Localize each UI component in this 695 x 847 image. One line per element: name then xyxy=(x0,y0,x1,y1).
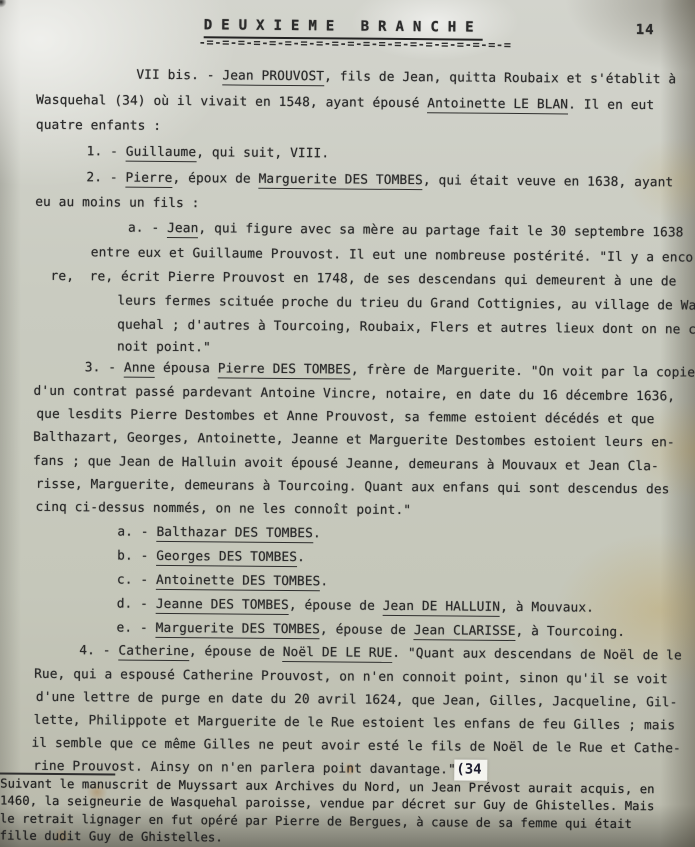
text-segment: , à Mouvaux. xyxy=(500,600,594,616)
text-line: Rue, qui a espousé Catherine Prouvost, o… xyxy=(34,667,668,688)
underlined-name: Noël DE LE RUE xyxy=(283,645,393,663)
underlined-name: Pierre xyxy=(125,171,172,188)
text-line: 4. - Catherine, épouse de Noël DE LE RUE… xyxy=(79,643,682,663)
text-line: a. - Jean, qui figure avec sa mère au pa… xyxy=(128,221,684,241)
text-segment: , époux de xyxy=(172,171,258,187)
footnote-block: Suivant le manuscrit de Muyssart aux Arc… xyxy=(0,0,695,6)
text-line: quehal ; d'autres à Tourcoing, Roubaix, … xyxy=(117,318,695,338)
underlined-name: Jean DE HALLUIN xyxy=(383,599,501,617)
footnote-separator-line xyxy=(0,772,115,775)
text-segment: Rue, qui a espousé Catherine Prouvost, o… xyxy=(34,667,668,688)
text-line: re, re, écrit Pierre Prouvost en 1748, d… xyxy=(51,269,677,289)
underlined-name: Jean PROUVOST xyxy=(222,68,324,86)
underlined-name: Jeanne DES TOMBES xyxy=(156,597,289,615)
text-segment: . xyxy=(313,526,321,541)
text-segment: leurs fermes scituée proche du trieu du … xyxy=(117,294,695,314)
page-number: 14 xyxy=(636,22,655,38)
text-segment: 2. - xyxy=(86,170,125,185)
text-segment: VII bis. - xyxy=(136,68,222,84)
text-line: noit point." xyxy=(117,340,211,356)
underlined-name: Marguerite DES TOMBES xyxy=(156,621,320,639)
text-line: d'une lettre de purge en date du 20 avri… xyxy=(36,690,678,711)
text-line: c. - Antoinette DES TOMBES. xyxy=(117,573,328,590)
text-line: VII bis. - Jean PROUVOST, fils de Jean, … xyxy=(136,68,676,88)
text-line: entre eux et Guillaume Prouvost. Il eut … xyxy=(91,245,695,265)
text-line: quatre enfants : xyxy=(36,118,161,134)
text-segment: noit point." xyxy=(117,340,211,356)
text-segment: . xyxy=(297,550,305,565)
footnote-line: fille dudit Guy de Ghistelles. xyxy=(0,828,223,844)
footnote-line: Suivant le manuscrit de Muyssart aux Arc… xyxy=(0,777,655,797)
text-segment: , épouse de xyxy=(320,622,414,638)
text-segment: c. - xyxy=(117,573,156,588)
footnote-reference-annotation: (34 xyxy=(454,759,487,780)
text-line: que lesdits Pierre Destombes et Anne Pro… xyxy=(36,407,654,427)
text-segment: cinq ci-dessus nommés, on ne les connoît… xyxy=(36,500,412,518)
text-line: a. - Balthazar DES TOMBES. xyxy=(117,525,321,542)
text-segment: , qui suit, VIII. xyxy=(196,145,329,161)
underlined-name: Pierre DES TOMBES xyxy=(218,361,351,379)
text-segment: , qui figure avec sa mère au partage fai… xyxy=(198,221,683,240)
text-line: b. - Georges DES TOMBES. xyxy=(117,549,305,566)
text-segment: 4. - xyxy=(79,643,118,658)
underlined-name: Antoinette LE BLAN xyxy=(427,96,568,114)
underlined-name: Balthazar DES TOMBES xyxy=(156,525,313,543)
text-line: 2. - Pierre, époux de Marguerite DES TOM… xyxy=(86,170,673,190)
text-segment: d'un contrat passé pardevant Antoine Vin… xyxy=(34,384,676,405)
text-line: leurs fermes scituée proche du trieu du … xyxy=(117,294,695,314)
underlined-name: Georges DES TOMBES xyxy=(156,549,297,567)
text-line: Wasquehal (34) où il vivait en 1548, aya… xyxy=(36,93,654,113)
text-line: cinq ci-dessus nommés, on ne les connoît… xyxy=(36,500,412,518)
underlined-name: Jean CLARISSE xyxy=(414,623,516,641)
text-line: lette, Philippote et Marguerite de le Ru… xyxy=(34,713,676,734)
text-segment: , frère de Marguerite. "On voit par la c… xyxy=(351,363,695,381)
text-segment: il semble que ce même Gilles ne peut avo… xyxy=(31,736,681,757)
text-segment: , épouse de xyxy=(189,644,283,660)
text-segment: d. - xyxy=(117,597,156,612)
text-layer: DEUXIEME BRANCHE -=-=-=-=-=-=-=-=-=-=-=-… xyxy=(0,0,695,847)
text-segment: Wasquehal (34) où il vivait en 1548, aya… xyxy=(36,93,427,111)
footnote-line: le retrait lignager en fut opéré par Pie… xyxy=(0,811,632,831)
text-segment: . xyxy=(320,574,328,589)
text-segment: 1. - xyxy=(87,144,126,159)
text-segment: , fils de Jean, quitta Roubaix et s'étab… xyxy=(324,69,676,87)
text-line: d'un contrat passé pardevant Antoine Vin… xyxy=(34,384,676,405)
text-segment: , épouse de xyxy=(289,598,383,614)
underlined-name: Anne xyxy=(124,361,155,378)
underlined-name: Catherine xyxy=(118,644,189,662)
underlined-name: Marguerite DES TOMBES xyxy=(259,172,423,190)
text-segment: , à Tourcoing. xyxy=(516,624,626,640)
text-segment: b. - xyxy=(117,549,156,564)
text-line: Balthazart, Georges, Antoinette, Jeanne … xyxy=(33,430,675,451)
text-segment: fans ; que Jean de Halluin avoit épousé … xyxy=(33,454,659,474)
text-line: il semble que ce même Gilles ne peut avo… xyxy=(31,736,681,757)
text-segment: eu au moins un fils : xyxy=(35,195,199,211)
text-segment: 3. - xyxy=(85,360,124,375)
underlined-name: Antoinette DES TOMBES xyxy=(156,573,320,591)
text-segment: quehal ; d'autres à Tourcoing, Roubaix, … xyxy=(117,318,695,338)
text-segment: entre eux et Guillaume Prouvost. Il eut … xyxy=(91,245,695,265)
text-segment: que lesdits Pierre Destombes et Anne Pro… xyxy=(36,407,654,427)
text-segment: quatre enfants : xyxy=(36,118,161,134)
footnote-line: 1460, la seigneurie de Wasquehal paroiss… xyxy=(0,794,655,814)
underlined-name: Jean xyxy=(167,221,198,238)
text-line: eu au moins un fils : xyxy=(35,195,199,211)
text-line: fans ; que Jean de Halluin avoit épousé … xyxy=(33,454,659,474)
text-segment: e. - xyxy=(116,621,155,636)
text-segment: d'une lettre de purge en date du 20 avri… xyxy=(36,690,678,711)
document-body: VII bis. - Jean PROUVOST, fils de Jean, … xyxy=(0,0,695,6)
text-segment: Balthazart, Georges, Antoinette, Jeanne … xyxy=(33,430,675,451)
text-segment: . "Quant aux descendans de Noël de le xyxy=(392,646,682,664)
text-line: e. - Marguerite DES TOMBES, épouse de Je… xyxy=(116,621,625,640)
text-segment: . Il en eut xyxy=(568,97,654,113)
text-segment: a. - xyxy=(117,525,156,540)
text-line: 1. - Guillaume, qui suit, VIII. xyxy=(87,144,330,161)
text-line: risse, Marguerite, demeurans à Tourcoing… xyxy=(36,477,670,498)
text-segment: , qui était veuve en 1638, ayant xyxy=(423,173,674,190)
text-segment: a. - xyxy=(128,221,167,236)
text-segment: lette, Philippote et Marguerite de le Ru… xyxy=(34,713,676,734)
scanned-document-page: DEUXIEME BRANCHE -=-=-=-=-=-=-=-=-=-=-=-… xyxy=(0,0,695,847)
text-segment: épousa xyxy=(155,361,218,377)
text-segment: re, re, écrit Pierre Prouvost en 1748, d… xyxy=(51,269,677,289)
text-line: 3. - Anne épousa Pierre DES TOMBES, frèr… xyxy=(85,360,695,380)
title-underline-dashes: -=-=-=-=-=-=-=-=-=-=-=-=-=-=-=-=-=-=-=-= xyxy=(199,35,512,52)
text-segment: risse, Marguerite, demeurans à Tourcoing… xyxy=(36,477,670,498)
underlined-name: Guillaume xyxy=(126,145,197,163)
text-line: d. - Jeanne DES TOMBES, épouse de Jean D… xyxy=(117,597,594,616)
